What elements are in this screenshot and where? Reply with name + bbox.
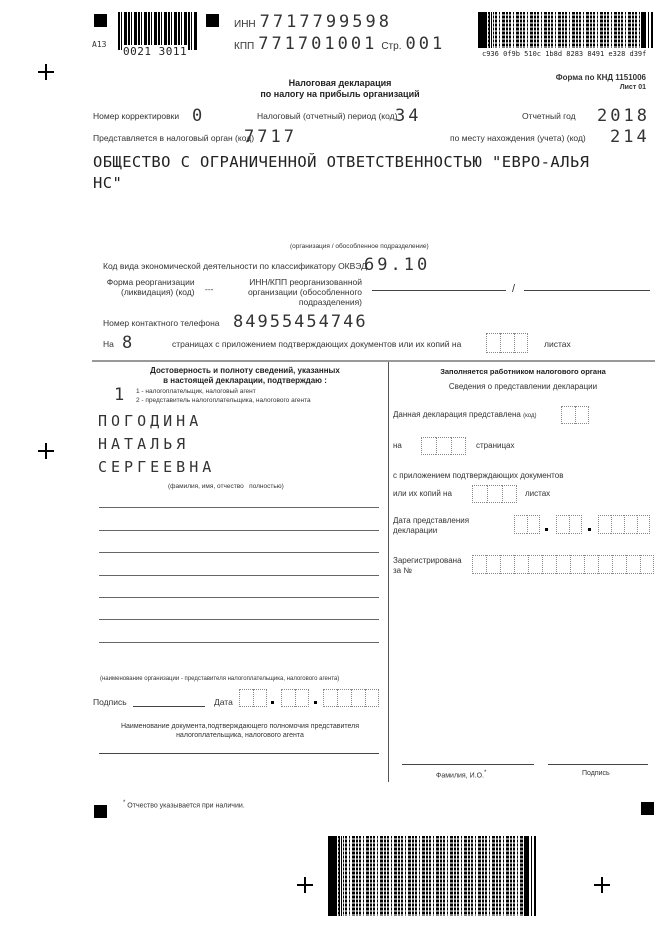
fio-caption: (фамилия, имя, отчество полностью) xyxy=(168,483,284,490)
inn-value: 7717799598 xyxy=(260,12,392,32)
reorg-label: Форма реорганизации (ликвидация) (код) xyxy=(103,277,195,297)
year-label: Отчетный год xyxy=(522,111,576,121)
submission-date-label: Дата представления декларации xyxy=(393,516,469,536)
pdf417-barcode-bottom xyxy=(328,836,536,916)
pdf417-barcode-top xyxy=(478,12,653,48)
officer-signature-label: Подпись xyxy=(582,770,610,777)
org-rep-line-4[interactable] xyxy=(99,575,379,576)
title-line-2: по налогу на прибыль организаций xyxy=(230,89,450,100)
reorg-kpp-field[interactable] xyxy=(524,290,650,291)
crosshair-mark-left-mid xyxy=(38,443,54,459)
officer-signature-field[interactable] xyxy=(548,764,648,765)
sheet-number: Лист 01 xyxy=(620,84,646,91)
phone-label: Номер контактного телефона xyxy=(103,318,220,328)
period-value: 34 xyxy=(395,106,421,126)
authority-doc-field[interactable] xyxy=(99,753,379,754)
registration-mark-bottom-left xyxy=(94,805,107,818)
signature-field[interactable] xyxy=(133,706,205,707)
column-divider xyxy=(388,362,389,782)
registration-mark-top-mid xyxy=(206,14,219,27)
signer-option-1: 1 - налогоплательщик, налоговый агент xyxy=(136,388,256,395)
org-rep-caption: (наименование организации - представител… xyxy=(100,676,339,682)
tax-officer-heading: Заполняется работником налогового органа xyxy=(398,367,648,376)
pages-value: 8 xyxy=(122,333,135,353)
signer-option-2: 2 - представитель налогоплательщика, нал… xyxy=(136,397,311,404)
correction-label: Номер корректировки xyxy=(93,111,179,121)
sheets-label: листах xyxy=(525,489,550,498)
crosshair-mark-bottom-left xyxy=(297,877,313,893)
submission-date-dot-1 xyxy=(545,528,548,531)
org-rep-line-7[interactable] xyxy=(99,642,379,643)
date-dot-1 xyxy=(271,701,274,704)
submission-date-year[interactable] xyxy=(598,515,650,534)
signature-label: Подпись xyxy=(93,697,127,707)
submission-date-dot-2 xyxy=(588,528,591,531)
registration-mark-top-left xyxy=(94,14,107,27)
authority-doc-label: Наименование документа,подтверждающего п… xyxy=(100,722,380,740)
signer-name: НАТАЛЬЯ xyxy=(98,435,189,453)
section-divider xyxy=(92,360,655,362)
date-dot-2 xyxy=(314,701,317,704)
date-label: Дата xyxy=(214,697,233,707)
reorg-value: --- xyxy=(205,284,214,294)
organization-name: ОБЩЕСТВО С ОГРАНИЧЕННОЙ ОТВЕТСТВЕННОСТЬЮ… xyxy=(93,152,589,194)
date-year-cells[interactable] xyxy=(323,689,379,707)
org-rep-line-5[interactable] xyxy=(99,597,379,598)
okved-label: Код вида экономической деятельности по к… xyxy=(103,261,367,271)
org-name-line-1: ОБЩЕСТВО С ОГРАНИЧЕННОЙ ОТВЕТСТВЕННОСТЬЮ… xyxy=(93,152,589,173)
document-title: Налоговая декларация по налогу на прибыл… xyxy=(230,78,450,100)
reorg-separator: / xyxy=(512,283,515,295)
attachments-label: с приложением подтверждающих документов xyxy=(393,471,563,480)
org-rep-line-3[interactable] xyxy=(99,552,379,553)
crosshair-mark-bottom-right xyxy=(594,877,610,893)
officer-sheets-cells[interactable] xyxy=(472,485,517,503)
tax-authority-value: 7717 xyxy=(244,127,297,147)
period-label: Налоговый (отчетный) период (код) xyxy=(257,111,397,121)
reorg-inn-field[interactable] xyxy=(372,290,506,291)
officer-pages-cells[interactable] xyxy=(421,437,466,455)
phone-value: 84955454746 xyxy=(233,312,368,332)
confirm-heading: Достоверность и полноту сведений, указан… xyxy=(120,366,370,386)
signer-patronymic: СЕРГЕЕВНА xyxy=(98,458,215,476)
date-day-cells[interactable] xyxy=(239,689,267,707)
kpp-value: 771701001 xyxy=(258,34,377,54)
title-line-1: Налоговая декларация xyxy=(230,78,450,89)
kpp-label: КПП xyxy=(234,41,254,52)
org-name-line-2: НС" xyxy=(93,173,589,194)
org-caption: (организация / обособленное подразделени… xyxy=(290,243,429,250)
submission-date-day[interactable] xyxy=(514,515,540,534)
signer-surname: ПОГОДИНА xyxy=(98,412,202,430)
crosshair-mark-left-top xyxy=(38,64,54,80)
page-value: 001 xyxy=(405,34,445,54)
pages-text: страницах с приложением подтверждающих д… xyxy=(172,339,461,349)
knd-form: Форма по КНД 1151006 xyxy=(556,73,646,82)
barcode-number: 0021 3011 xyxy=(122,45,188,58)
year-value: 2018 xyxy=(597,106,650,126)
registered-label: Зарегистрирована за № xyxy=(393,556,462,576)
org-rep-line-1[interactable] xyxy=(99,507,379,508)
submitted-label: Данная декларация представлена (код) xyxy=(393,410,536,419)
on-label: на xyxy=(393,441,402,450)
kpp-row: КПП 771701001 Стр. 001 xyxy=(234,34,445,54)
correction-value: 0 xyxy=(192,106,205,126)
signer-code: 1 xyxy=(114,385,127,405)
reorg-inn-label: ИНН/КПП реорганизованной организации (об… xyxy=(232,277,362,307)
tax-authority-label: Представляется в налоговый орган (код) xyxy=(93,133,254,143)
barcode-hash: c936 0f9b 510c 1b8d 8283 8491 e328 d39f xyxy=(482,50,646,58)
copies-label: или их копий на xyxy=(393,489,452,498)
pages-label: страницах xyxy=(476,441,514,450)
submission-code-cells[interactable] xyxy=(561,406,589,424)
attachment-sheets-cells[interactable] xyxy=(486,333,528,353)
submission-subheading: Сведения о представлении декларации xyxy=(398,382,648,391)
location-value: 214 xyxy=(610,127,650,147)
inn-label: ИНН xyxy=(234,19,256,30)
registration-number-cells[interactable] xyxy=(472,555,654,574)
location-label: по месту нахождения (учета) (код) xyxy=(450,133,586,143)
submission-date-month[interactable] xyxy=(556,515,582,534)
form-code: A13 xyxy=(92,40,106,49)
page-label: Стр. xyxy=(381,41,401,52)
pages-suffix: листах xyxy=(544,339,571,349)
pages-prefix: На xyxy=(103,339,114,349)
officer-fio-label: Фамилия, И.О.* xyxy=(436,770,486,779)
org-rep-line-6[interactable] xyxy=(99,619,379,620)
date-month-cells[interactable] xyxy=(281,689,309,707)
inn-row: ИНН 7717799598 xyxy=(234,12,392,32)
registration-mark-bottom-right xyxy=(641,802,654,815)
org-rep-line-2[interactable] xyxy=(99,530,379,531)
footnote: * Отчество указывается при наличии. xyxy=(123,800,245,809)
officer-fio-field[interactable] xyxy=(402,764,534,765)
okved-value: 69.10 xyxy=(364,255,430,275)
